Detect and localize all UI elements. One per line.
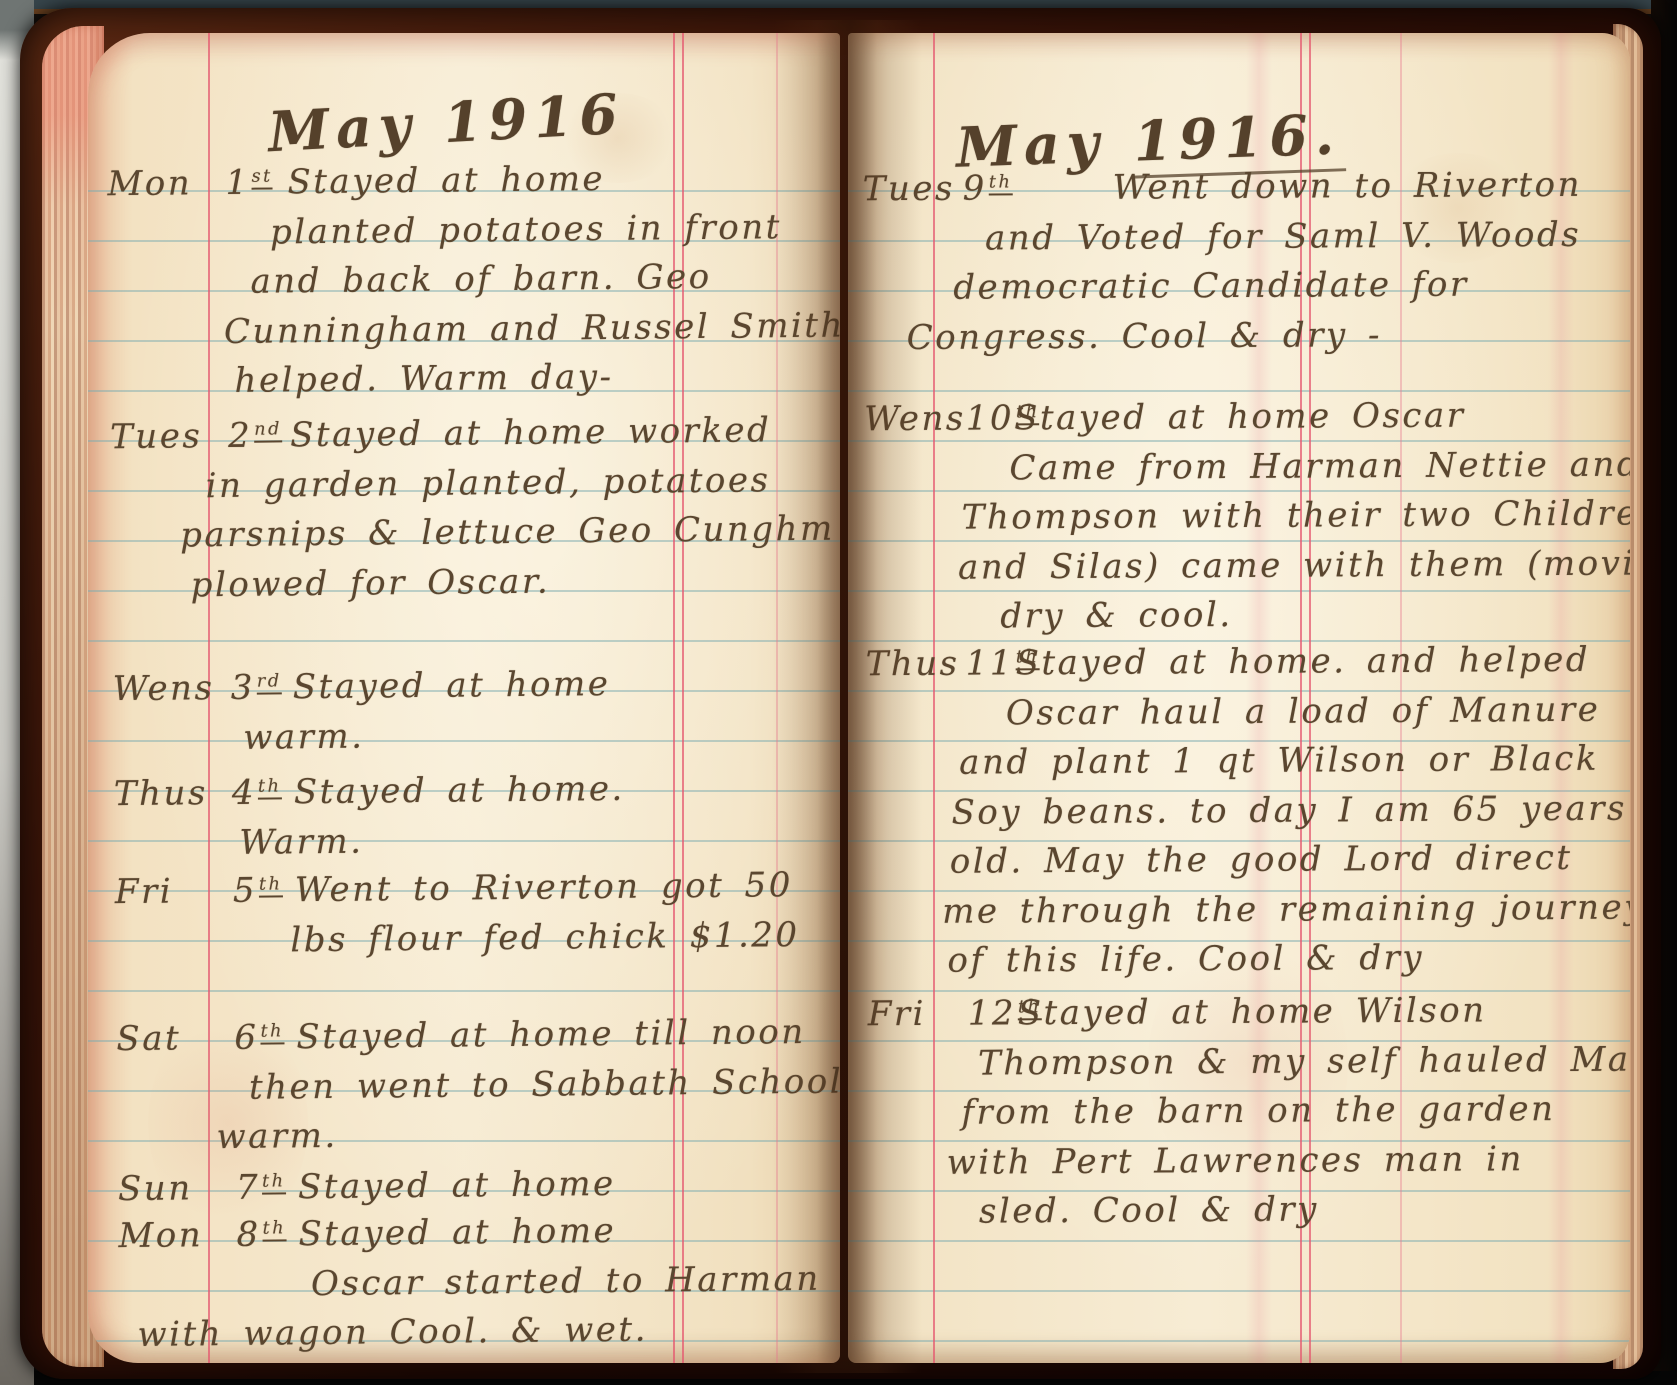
day-name: Fri	[115, 867, 234, 918]
entry-text-line: Oscar haul a load of Manure	[1006, 685, 1630, 738]
diary-entry: Mon8thStayed at homeOscar started to Har…	[98, 1204, 840, 1360]
diary-entry: Thus4thStayed at home.Warm.	[94, 763, 840, 870]
entry-text-line: in garden planted, potatoes	[205, 455, 840, 511]
ordinal-suffix: th	[262, 1218, 286, 1241]
entry-day-label: Wens3rd	[113, 663, 282, 714]
entry-text-line: Thompson with their two Children (Nellie	[962, 490, 1630, 544]
day-name: Mon	[107, 159, 226, 210]
ordinal-suffix: st	[251, 166, 272, 189]
ordinal-suffix: th	[989, 172, 1013, 195]
entry-text-line: Stayed at home	[293, 664, 611, 707]
day-ordinal: 2nd	[228, 415, 282, 456]
entry-text-line: and Voted for Saml V. Woods	[985, 210, 1630, 263]
day-ordinal: 9th	[963, 168, 1013, 208]
day-name: Wens	[113, 664, 232, 715]
day-ordinal: 12th	[968, 993, 1042, 1033]
entry-day-label: Tues9th	[863, 164, 1013, 214]
entry-text-line: then went to Sabbath School.	[249, 1057, 840, 1113]
entry-first-line: Sat6thStayed at home till noon	[96, 1008, 840, 1065]
entry-day-label: Tues2nd	[110, 411, 282, 462]
entry-text-line: from the barn on the garden	[961, 1085, 1630, 1139]
day-ordinal: 11th	[966, 643, 1040, 683]
entry-first-line: Fri5thWent to Riverton got 50	[95, 861, 840, 918]
entry-text-line: dry & cool.	[1000, 589, 1630, 642]
ordinal-suffix: th	[1016, 647, 1040, 670]
entry-day-label: Thus4th	[114, 768, 282, 819]
day-name: Sun	[118, 1164, 237, 1215]
entry-text-line: Oscar started to Harman	[311, 1254, 840, 1309]
diary-entry: Wens10thStayed at home OscarCame from Ha…	[849, 391, 1630, 643]
day-ordinal: 3rd	[231, 667, 282, 708]
entry-text-line: Stayed at home	[298, 1211, 616, 1254]
entry-text-line: and Silas) came with them (moving)	[958, 539, 1630, 593]
entry-text-line: Stayed at home	[287, 159, 605, 202]
entry-text-line: Soy beans. to day I am 65 years	[951, 784, 1630, 838]
entry-day-label: Wens10th	[864, 394, 1040, 445]
day-name: Mon	[118, 1211, 237, 1262]
ordinal-suffix: th	[260, 1021, 284, 1044]
entry-text-line: helped. Warm day-	[234, 351, 840, 407]
day-ordinal: 10th	[966, 398, 1040, 438]
diary-photo: May 1916 Mon1stStayed at homeplanted pot…	[0, 0, 1677, 1385]
entry-text-line: Stayed at home Wilson	[1018, 990, 1487, 1033]
day-ordinal: 1st	[225, 162, 273, 202]
entry-day-label: Sat6th	[116, 1013, 284, 1064]
entry-text-line: of this life. Cool & dry	[947, 933, 1630, 987]
entry-text-line: Went down to Riverton	[1113, 165, 1582, 208]
ordinal-suffix: th	[259, 874, 283, 897]
entry-text-line: lbs flour fed chick $1.20	[290, 910, 840, 965]
day-name: Tues	[110, 412, 229, 463]
entry-first-line: Tues2ndStayed at home worked	[90, 406, 840, 463]
day-ordinal: 8th	[236, 1214, 286, 1255]
entry-text-line: warm.	[243, 707, 840, 763]
entry-text-line: democratic Candidate for	[953, 260, 1630, 314]
entry-first-line: Thus11thStayed at home. and helped	[850, 636, 1630, 690]
diary-entry: Fri5thWent to Riverton got 50lbs flour f…	[95, 861, 840, 968]
diary-entry: Wens3rdStayed at homewarm.	[93, 658, 840, 765]
ordinal-suffix: th	[258, 776, 282, 799]
day-name: Sat	[116, 1014, 235, 1065]
ordinal-suffix: th	[1016, 402, 1040, 425]
entry-text-line: Stayed at home worked	[290, 410, 772, 455]
diary-entry: Tues2ndStayed at home workedin garden pl…	[90, 406, 840, 612]
entry-first-line: Mon8thStayed at home	[98, 1204, 840, 1261]
ordinal-suffix: th	[262, 1171, 286, 1194]
diary-entry: Fri12thStayed at home WilsonThompson & m…	[853, 986, 1630, 1238]
diary-entry: Tues9thWent down to Rivertonand Voted fo…	[848, 161, 1630, 364]
entry-text-line: Stayed at home.	[294, 769, 625, 812]
entry-text-line: Warm.	[239, 812, 840, 868]
entry-text-line: parsnips & lettuce Geo Cunghm	[180, 505, 840, 561]
entry-text-line: plowed for Oscar.	[190, 554, 840, 610]
entry-day-label: Mon8th	[118, 1210, 286, 1261]
entry-text-line: Stayed at home	[298, 1164, 616, 1207]
entry-text-line: with wagon Cool. & wet.	[137, 1303, 840, 1360]
entry-day-label: Mon1st	[107, 158, 273, 209]
entry-text-line: Stayed at home till noon	[296, 1012, 806, 1057]
day-name: Wens	[864, 395, 966, 445]
entry-text-line: Thompson & my self hauled Manure	[978, 1035, 1630, 1089]
right-page-entries: Tues9thWent down to Rivertonand Voted fo…	[848, 33, 1630, 1363]
ordinal-suffix: th	[1018, 997, 1042, 1020]
entry-text-line: Came from Harman Nettie and Wilson	[1009, 440, 1630, 493]
entry-first-line: Fri12thStayed at home Wilson	[853, 986, 1630, 1040]
entry-day-label: Fri5th	[115, 866, 283, 917]
entry-text-line: planted potatoes in front	[270, 202, 840, 257]
entry-text-line: with Pert Lawrences man in	[947, 1134, 1630, 1188]
diary-entry: Sat6thStayed at home till noonthen went …	[96, 1008, 840, 1164]
entry-day-label: Fri12th	[868, 989, 1042, 1040]
entry-text-line: me through the remaining journey	[942, 883, 1630, 937]
diary-entry: Mon1stStayed at homeplanted potatoes in …	[88, 153, 840, 408]
entry-text-line: Cunningham and Russel Smith	[224, 301, 840, 357]
left-page: May 1916 Mon1stStayed at homeplanted pot…	[88, 33, 840, 1363]
right-page: May 1916. Tues9thWent down to Rivertonan…	[848, 33, 1630, 1363]
entry-text-line: Stayed at home. and helped	[1016, 640, 1591, 684]
day-ordinal: 4th	[232, 772, 282, 813]
ordinal-suffix: rd	[257, 671, 282, 694]
entry-day-label: Sun7th	[118, 1163, 286, 1214]
day-ordinal: 6th	[234, 1017, 284, 1058]
entry-text-line: Stayed at home Oscar	[1014, 396, 1466, 439]
day-name: Tues	[863, 165, 963, 215]
ordinal-suffix: nd	[254, 419, 282, 442]
entry-text-line: old. May the good Lord direct	[950, 834, 1630, 888]
entry-text-line: warm.	[216, 1106, 840, 1162]
day-name: Fri	[868, 990, 968, 1040]
entry-first-line: Wens10thStayed at home Oscar	[849, 391, 1630, 445]
entry-text-line: Went to Riverton got 50	[295, 865, 793, 910]
entry-first-line: Tues9thWent down to Riverton	[848, 161, 1630, 215]
day-name: Thus	[865, 640, 965, 690]
entry-text-line: sled. Cool & dry	[979, 1184, 1630, 1238]
day-name: Thus	[114, 769, 233, 820]
day-ordinal: 7th	[236, 1167, 286, 1208]
entry-first-line: Thus4thStayed at home.	[94, 763, 840, 820]
entry-first-line: Wens3rdStayed at home	[93, 658, 840, 715]
entry-text-line: Congress. Cool & dry -	[906, 309, 1630, 363]
entry-text-line: and back of barn. Geo	[250, 252, 840, 308]
left-page-entries: Mon1stStayed at homeplanted potatoes in …	[88, 33, 840, 1363]
diary-entry: Thus11thStayed at home. and helpedOscar …	[850, 636, 1630, 987]
day-ordinal: 5th	[233, 870, 283, 911]
entry-day-label: Thus11th	[865, 639, 1039, 690]
entry-first-line: Mon1stStayed at home	[88, 153, 840, 210]
entry-text-line: and plant 1 qt Wilson or Black	[959, 735, 1630, 789]
